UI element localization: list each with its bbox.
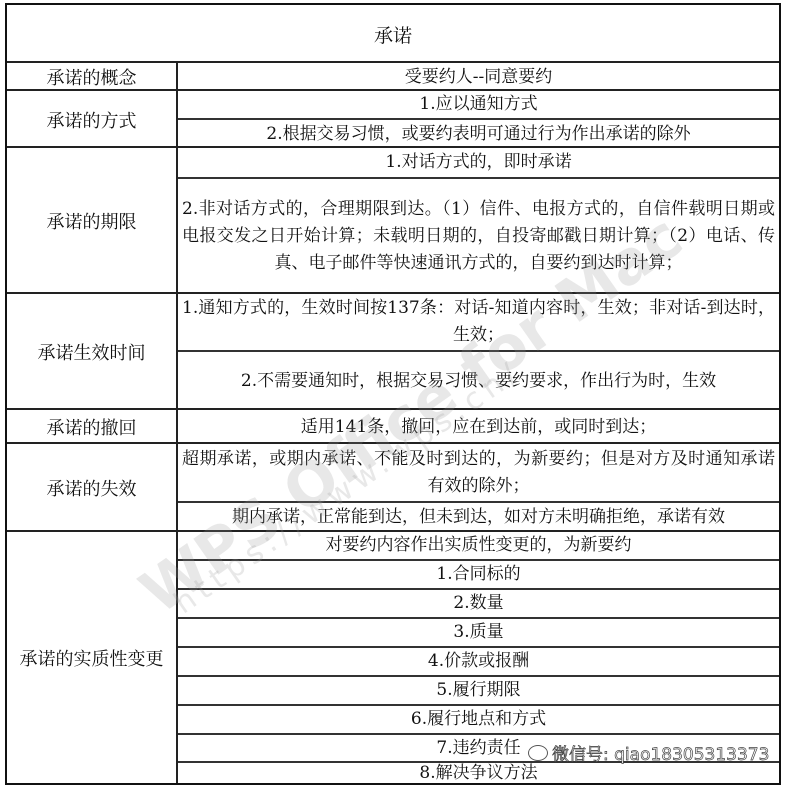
row-cell: 适用141条，撤回，应在到达前，或同时到达； xyxy=(178,410,779,444)
row-cell: 1.通知方式的，生效时间按137条：对话-知道内容时，生效；非对话-到达时，生效… xyxy=(178,294,779,350)
row-label: 承诺的概念 xyxy=(7,63,178,91)
row-label: 承诺的失效 xyxy=(7,444,178,532)
row-cell: 3.质量 xyxy=(178,617,779,646)
row-cell: 2.根据交易习惯，或要约表明可通过行为作出承诺的除外 xyxy=(178,118,779,148)
row-cell: 受要约人--同意要约 xyxy=(178,63,779,91)
row-label: 承诺的实质性变更 xyxy=(7,532,178,783)
wechat-icon xyxy=(528,745,548,761)
row-cell: 1.对话方式的，即时承诺 xyxy=(178,148,779,177)
row-label: 承诺的期限 xyxy=(7,148,178,294)
table-row-effective-time: 承诺生效时间 1.通知方式的，生效时间按137条：对话-知道内容时，生效；非对话… xyxy=(7,292,779,410)
row-cell: 1.应以通知方式 xyxy=(178,91,779,118)
row-cell: 对要约内容作出实质性变更的，为新要约 xyxy=(178,532,779,559)
table-row-method: 承诺的方式 1.应以通知方式 2.根据交易习惯，或要约表明可通过行为作出承诺的除… xyxy=(7,89,779,148)
wechat-overlay: 微信号: qiao18305313373 xyxy=(528,740,769,765)
row-cell: 期内承诺，正常能到达，但未到达，如对方未明确拒绝，承诺有效 xyxy=(178,501,779,532)
row-cell: 2.非对话方式的，合理期限到达。（1）信件、电报方式的，自信件载明日期或电报交发… xyxy=(178,177,779,294)
table-row-period: 承诺的期限 1.对话方式的，即时承诺 2.非对话方式的，合理期限到达。（1）信件… xyxy=(7,146,779,294)
row-label: 承诺的撤回 xyxy=(7,410,178,444)
row-cell: 6.履行地点和方式 xyxy=(178,704,779,733)
row-cell: 2.数量 xyxy=(178,588,779,617)
row-cell: 2.不需要通知时，根据交易习惯、要约要求，作出行为时，生效 xyxy=(178,350,779,410)
row-cell: 5.履行期限 xyxy=(178,675,779,704)
table-row-concept: 承诺的概念 受要约人--同意要约 xyxy=(7,61,779,91)
table-row-withdrawal: 承诺的撤回 适用141条，撤回，应在到达前，或同时到达； xyxy=(7,408,779,444)
commitment-table: 承诺 承诺的概念 受要约人--同意要约 承诺的方式 1.应以通知方式 2.根据交… xyxy=(5,3,781,785)
row-cell: 超期承诺，或期内承诺、不能及时到达的，为新要约；但是对方及时通知承诺有效的除外； xyxy=(178,444,779,501)
table-row-invalidation: 承诺的失效 超期承诺，或期内承诺、不能及时到达的，为新要约；但是对方及时通知承诺… xyxy=(7,442,779,532)
row-label: 承诺的方式 xyxy=(7,91,178,148)
row-label: 承诺生效时间 xyxy=(7,294,178,410)
row-cell: 1.合同标的 xyxy=(178,559,779,588)
row-cell: 4.价款或报酬 xyxy=(178,646,779,675)
wechat-id: 微信号: qiao18305313373 xyxy=(552,740,769,765)
table-title: 承诺 xyxy=(7,5,779,63)
